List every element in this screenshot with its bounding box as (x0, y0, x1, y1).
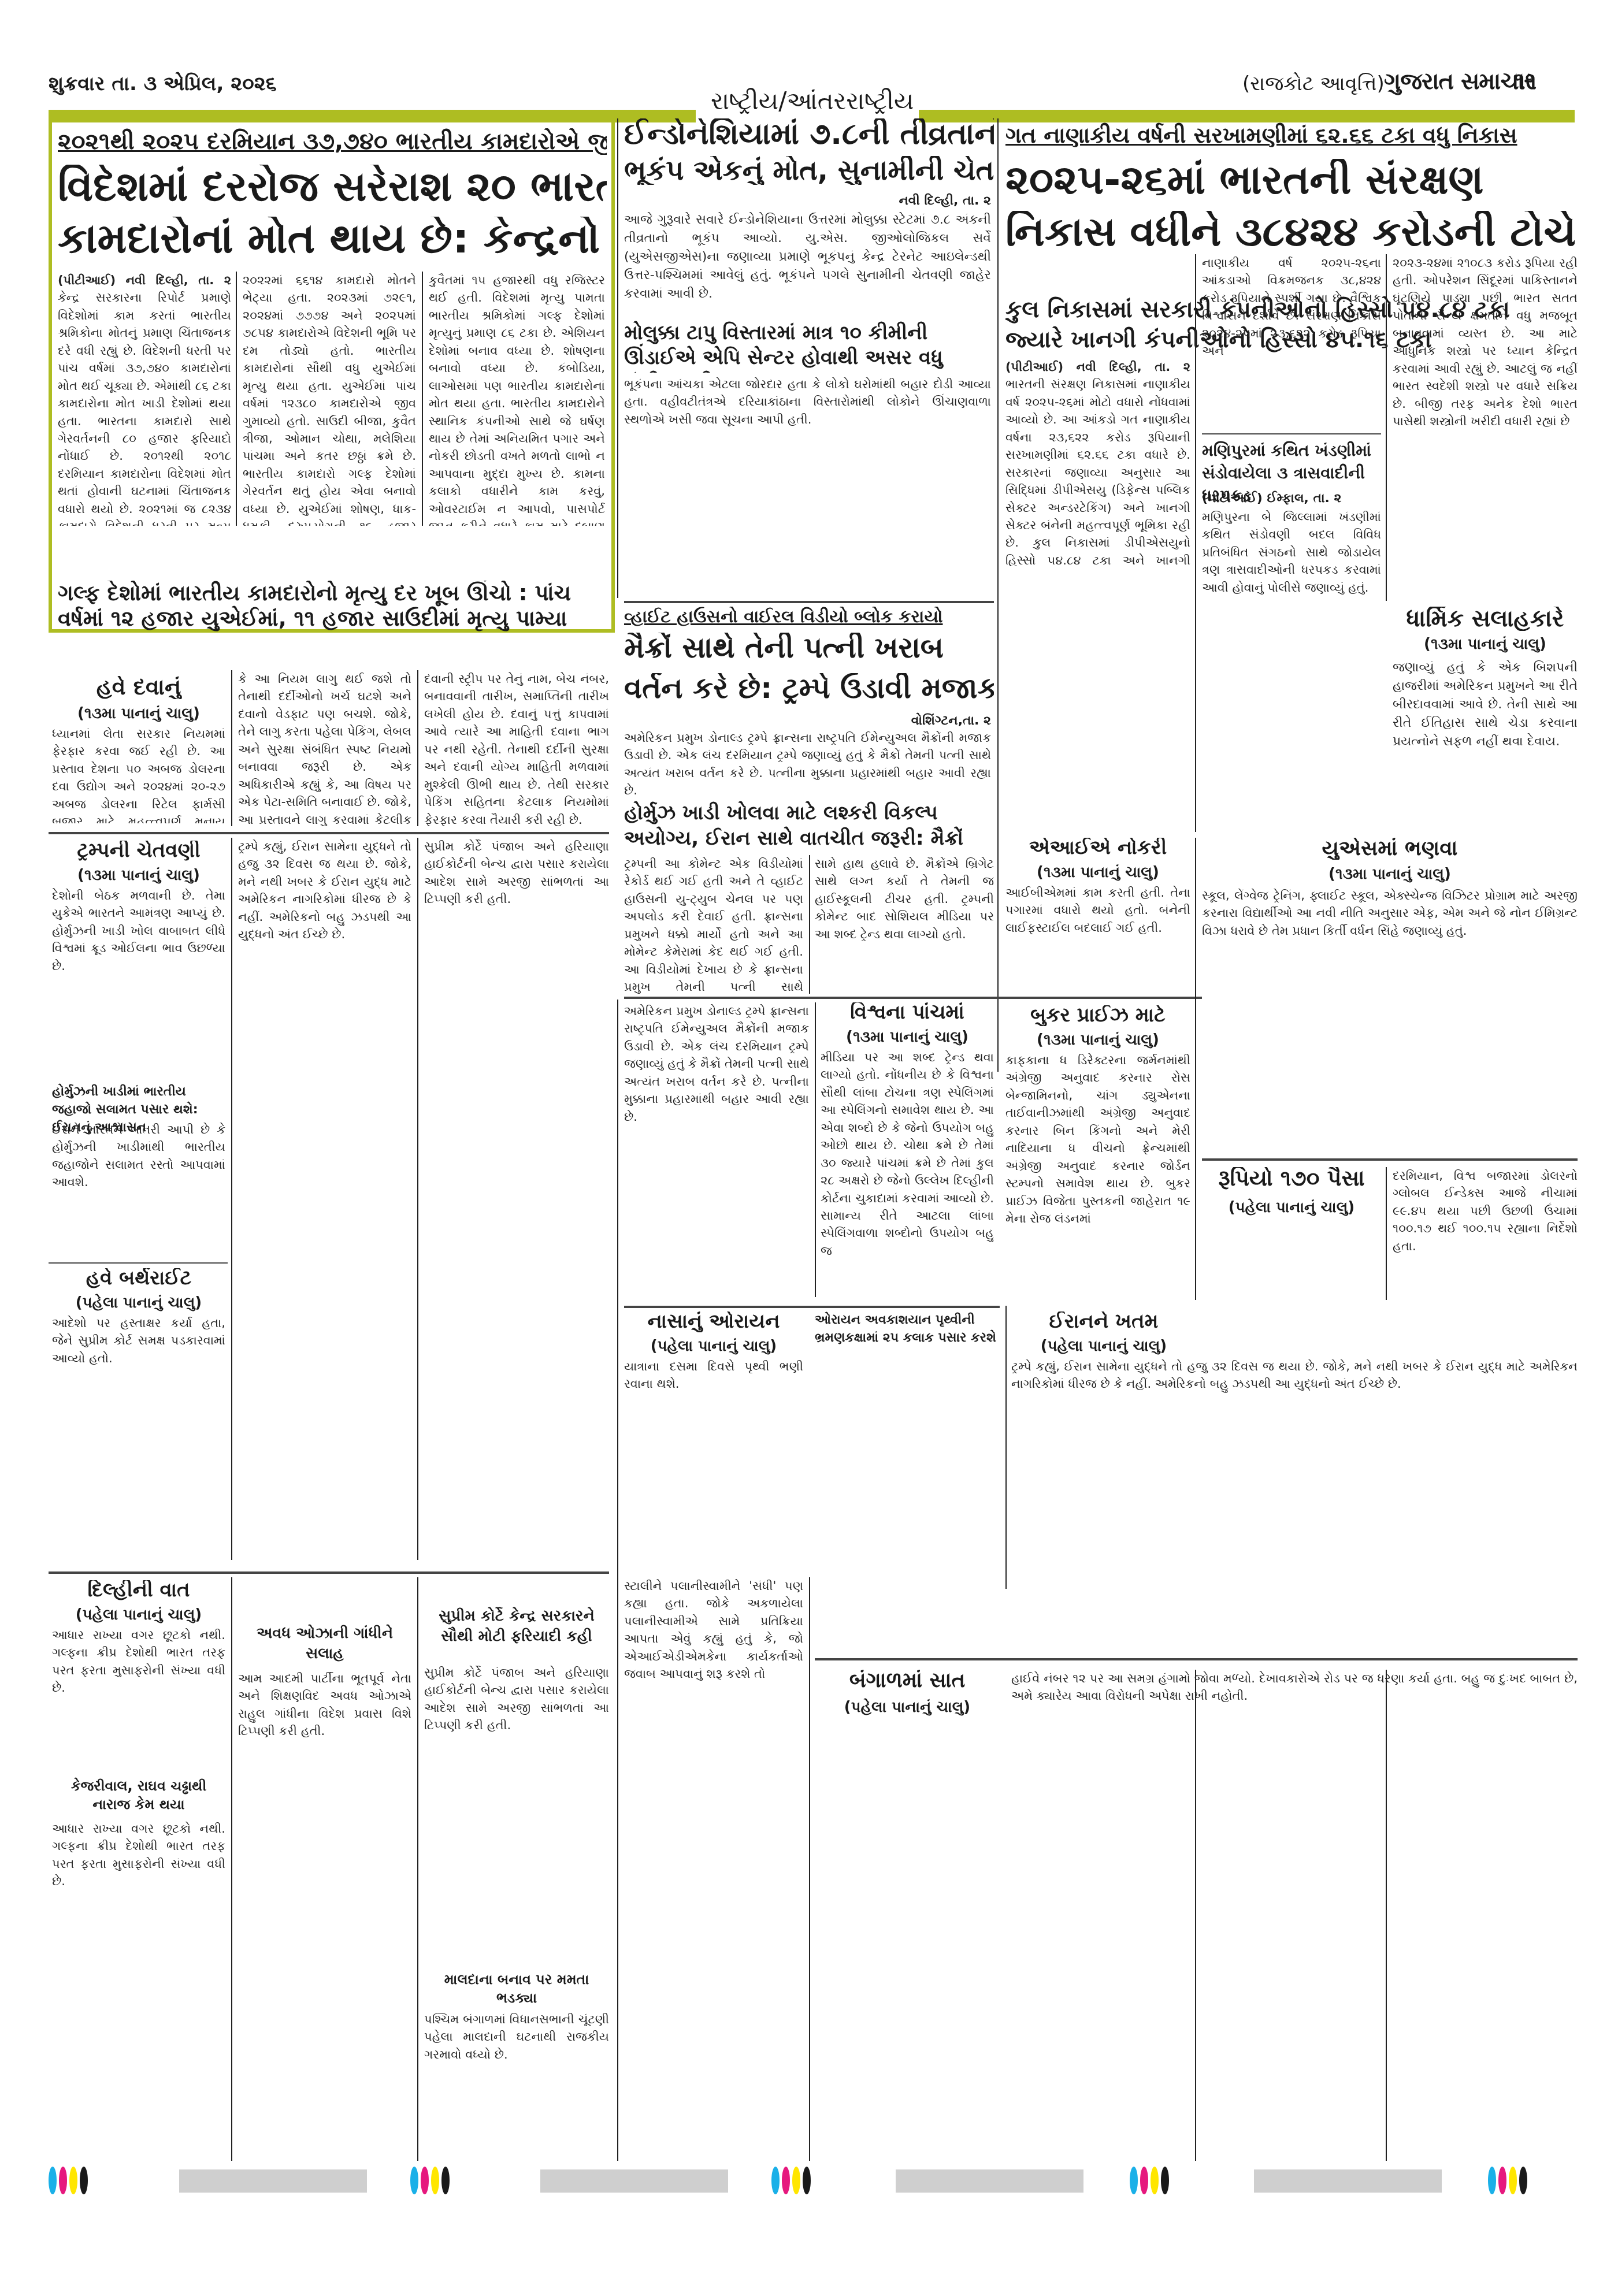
divider (231, 1577, 232, 2161)
yellow-dot (431, 2167, 439, 2194)
cyan-dot (771, 2167, 780, 2194)
divider (236, 272, 237, 526)
defence-kicker: ગત નાણાકીય વર્ષની સરખામણીમાં ૬૨.૬૬ ટકા વ… (1005, 122, 1575, 148)
stalin-body: સ્ટાલીને પલાનીસ્વામીને 'સંધી' પણ કહ્યા હ… (624, 1577, 803, 2161)
gray-strip (1254, 2169, 1442, 2193)
divider (1386, 1670, 1387, 2161)
divider (231, 838, 232, 1560)
divider (49, 1571, 609, 1574)
magenta-dot (1498, 2167, 1506, 2194)
magenta-dot (1140, 2167, 1148, 2194)
divider (1195, 1670, 1196, 2161)
hormuz-ships-body: ઈરાને ભારતને ખાતરી આપી છે કે હોર્મુઝની ખ… (52, 1121, 225, 1254)
macron-headline-2: વર્તન કરે છે: ટ્રમ્પે ઉડાવી મજાક (624, 673, 994, 704)
delhi-continued: (પહેલા પાનાનું ચાલુ) (52, 1606, 225, 1624)
divider (1386, 1167, 1387, 1300)
defence-col-2: નાણાકીય વર્ષ ૨૦૨૫-૨૬ના આંકડાઓ વિક્રમજનક … (1202, 254, 1381, 428)
divider (617, 1577, 618, 2161)
usa-study-headline: યુએસમાં ભણવા (1202, 838, 1578, 860)
nasa-headline: નાસાનું ઓરાયન (624, 1312, 803, 1332)
black-dot (803, 2167, 811, 2194)
divider (997, 118, 999, 1072)
divider (417, 1577, 418, 2161)
macron-subhead: હોર્મુઝ ખાડી ખોલવા માટે લશ્કરી વિકલ્પ અય… (624, 800, 994, 851)
supreme-court-body: સુપ્રીમ કોર્ટે પંજાબ અને હરિયાણા હાઈકોર્… (424, 1664, 609, 1964)
gandhi-headline: અવધ ઓઝાની ગાંધીને સલાહ (238, 1623, 411, 1664)
cyan-dot (49, 2167, 57, 2194)
magenta-dot (59, 2167, 67, 2194)
gray-strip (896, 2169, 1083, 2193)
divider (1005, 1306, 1007, 1589)
nasa-subhead: ઓરાયન અવકાશયાન પૃથ્વીની ભ્રમણકક્ષામાં ૨૫… (815, 1312, 1000, 1347)
nasa-continued: (પહેલા પાનાનું ચાલુ) (624, 1338, 803, 1355)
divider (49, 832, 609, 834)
supreme-court-headline: સુપ્રીમ કોર્ટે કેન્દ્ર સરકારને સૌથી મોટી… (424, 1606, 609, 1647)
bengal-continued: (પહેલા પાનાનું ચાલુ) (815, 1699, 1000, 1717)
divider (422, 272, 423, 526)
divider (624, 601, 994, 603)
divider (1195, 254, 1196, 832)
delhi-body-2: આધાર રાખ્યા વગર છૂટકો નથી. ગલ્ફના ક્રીપ્… (52, 1820, 225, 2161)
divider (1195, 838, 1196, 1300)
iran-end-headline: ઈરાનને ખતમ (1011, 1312, 1196, 1332)
yellow-dot (1151, 2167, 1159, 2194)
magenta-dot (782, 2167, 790, 2194)
booker-body: કાફકાના ધ ડિરેક્ટરના જર્મનમાંથી અંગ્રેજી… (1005, 1052, 1190, 1300)
gray-strip (179, 2169, 367, 2193)
medicine-headline: હવે દવાનું (52, 676, 225, 699)
black-dot (1519, 2167, 1527, 2194)
divider (624, 1306, 1000, 1308)
divider (617, 118, 618, 598)
nasa-body: યાત્રાના દસમા દિવસે પૃથ્વી ભણી રવાના થશે… (624, 1358, 803, 1566)
divider (417, 670, 418, 826)
registration-mark (771, 2167, 811, 2194)
ai-jobs-body: આઈબીએમમાં કામ કરતી હતી. તેના પગારમાં વધા… (1005, 884, 1190, 1000)
indonesia-body-2: ભૂકંપના આંચકા એટલા જોરદાર હતા કે લોકો ઘર… (624, 376, 991, 595)
registration-mark (1488, 2167, 1527, 2194)
defence-headline-2: નિકાસ વધીને ૩૮૪૨૪ કરોડની ટોચે (1005, 211, 1575, 254)
divider (815, 1658, 1578, 1660)
yellow-dot (792, 2167, 800, 2194)
medicine-col-3: દવાની સ્ટ્રીપ પર તેનું નામ, બેચ નંબર, બન… (424, 670, 609, 826)
indonesia-dateline: નવી દિલ્હી, તા. ૨ (624, 194, 991, 208)
rupee-continued: (પહેલા પાનાનું ચાલુ) (1202, 1199, 1381, 1217)
divider (809, 855, 810, 994)
page-number: ૧૧ (1514, 68, 1537, 95)
registration-mark (1130, 2167, 1169, 2194)
black-dot (80, 2167, 88, 2194)
birthright-body: આદેશો પર હસ્તાક્ષર કર્યા હતા, જેને સુપ્ર… (52, 1314, 225, 1557)
macron-body: અમેરિકન પ્રમુખ ડોનાલ્ડ ટ્રમ્પે ફ્રાન્સના… (624, 729, 991, 797)
defence-headline-1: ૨૦૨૫-૨૬માં ભારતની સંરક્ષણ (1005, 159, 1575, 202)
indonesia-headline-2: ભૂકંપ એકનું મોત, સુનામીની ચેતવણી (624, 156, 994, 185)
macron-col-1: ટ્રમ્પની આ કોમેન્ટ એક વિડીયોમાં રેકોર્ડ … (624, 855, 803, 994)
defence-col-1-text: ભારતની સંરક્ષણ નિકાસમાં નાણાકીય વર્ષ ૨૦૨… (1005, 377, 1190, 566)
iran-war-col: ટ્રમ્પે કહ્યું, ઈરાન સામેના યુદ્ધને તો હ… (238, 838, 411, 1560)
indonesia-subhead: મોલુક્કા ટાપુ વિસ્તારમાં માત્ર ૧૦ કીમીની… (624, 321, 991, 373)
medicine-col-1: ધ્યાનમાં લેતા સરકાર નિયમમાં ફેરફાર કરવા … (52, 725, 225, 823)
world-word-headline: વિશ્વના પાંચમાં (821, 1002, 994, 1023)
bengal-headline: બંગાળમાં સાત (815, 1670, 1000, 1692)
birthright-headline: હવે બર્થરાઈટ (52, 1268, 225, 1289)
workers-headline-2: કામદારોનાં મોત થાય છે: કેન્દ્રનો રિપોર્ટ (58, 217, 607, 261)
supreme-court-col: સુપ્રીમ કોર્ટે પંજાબ અને હરિયાણા હાઈકોર્… (424, 838, 609, 1560)
workers-col-1-text: કેન્દ્ર સરકારના રિપોર્ટ પ્રમાણે વિદેશોમા… (58, 291, 231, 526)
booker-continued: (૧૩મા પાનાનું ચાલુ) (1005, 1031, 1190, 1049)
world-word-continued: (૧૩મા પાનાનું ચાલુ) (821, 1028, 994, 1046)
defence-col-1: (પીટીઆઈ) નવી દિલ્હી, તા. ૨ ભારતની સંરક્ષ… (1005, 358, 1190, 566)
ai-jobs-headline: એઆઈએ નોકરી (1005, 838, 1190, 859)
trump-warning-continued: (૧૩મા પાનાનું ચાલુ) (52, 867, 225, 885)
divider (231, 670, 232, 826)
trump-warning-body: દેશોની બેઠક મળવાની છે. તેમા યુકેએ ભારતને… (52, 887, 225, 1078)
bengal-body: હાઈવે નંબર ૧૨ પર આ સમગ્ર હંગામો જોવા મળ્… (1011, 1670, 1578, 2161)
macron-continued-col: અમેરિકન પ્રમુખ ડોનાલ્ડ ટ્રમ્પે ફ્રાન્સના… (624, 1002, 809, 1297)
workers-dateline: (પીટીઆઈ) નવી દિલ્હી, તા. ૨ (58, 273, 231, 287)
trump-warning-headline: ટ્રમ્પની ચેતવણી (52, 841, 225, 861)
black-dot (1161, 2167, 1169, 2194)
workers-kicker: ૨૦૨૧થી ૨૦૨૫ દરમિયાન ૩૭,૭૪૦ ભારતીય કામદાર… (58, 128, 607, 155)
usa-study-continued: (૧૩મા પાનાનું ચાલુ) (1202, 865, 1578, 883)
gandhi-body: આમ આદમી પાર્ટીના ભૂતપૂર્વ નેતા અને શિક્ષ… (238, 1670, 411, 2161)
defence-col-3: ૨૦૨૩-૨૪માં ૨૧૦૮૩ કરોડ રૂપિયા રહી હતી. ઓપ… (1393, 254, 1578, 601)
yellow-dot (1509, 2167, 1517, 2194)
rupee-body: દરમિયાન, વિશ્વ બજારમાં ડોલરનો ગ્લોબલ ઈન્… (1393, 1167, 1578, 1300)
delhi-body: આધાર રાખ્યા વગર છૂટકો નથી. ગલ્ફના ક્રીપ્… (52, 1626, 225, 1771)
newspaper-logo: ગુજરાત સમાચાર (1384, 68, 1535, 95)
divider (49, 1262, 228, 1264)
manipur-body: મણિપુરના બે જિલ્લામાં ખંડણીમાં કથિત સંડો… (1202, 508, 1381, 618)
edition-label: (રાજકોટ આવૃત્તિ) (1242, 72, 1385, 95)
medicine-continued: (૧૩મા પાનાનું ચાલુ) (52, 705, 225, 723)
macron-col-2: સામે હાથ હલાવે છે. મૈક્રોંએ બ્રિગેટ સાથે… (815, 855, 994, 994)
divider (617, 1000, 618, 1577)
indonesia-headline-1: ઈન્ડોનેશિયામાં ૭.૮ની તીવ્રતાનો (624, 118, 994, 150)
workers-col-1: (પીટીઆઈ) નવી દિલ્હી, તા. ૨ કેન્દ્ર સરકાર… (58, 272, 231, 526)
religious-headline: ધાર્મિક સલાહકારે (1393, 607, 1578, 631)
cyan-dot (1488, 2167, 1496, 2194)
registration-mark (49, 2167, 88, 2194)
workers-col-2: ૨૦૨૨માં ૬૬૧૪ કામદારો મોતને ભેટ્યા હતા. ૨… (243, 272, 416, 526)
divider (1202, 1158, 1578, 1161)
workers-col-3: કુવૈતમાં ૧૫ હજારથી વધુ રજિસ્ટર થઈ હતી. વ… (429, 272, 605, 526)
masthead-bar-right (919, 110, 1575, 122)
workers-headline-1: વિદેશમાં દરરોજ સરેરાશ ૨૦ ભારતીય (58, 165, 607, 209)
ai-jobs-continued: (૧૩મા પાનાનું ચાલુ) (1005, 864, 1190, 882)
workers-subhead: ગલ્ફ દેશોમાં ભારતીય કામદારોનો મૃત્યુ દર … (58, 581, 607, 633)
page-date: શુક્રવાર તા. ૩ એપ્રિલ, ૨૦૨૬ (49, 72, 277, 95)
magenta-dot (421, 2167, 429, 2194)
macron-headline-1: મૈક્રોં સાથે તેની પત્ની ખરાબ (624, 633, 994, 663)
cyan-dot (410, 2167, 418, 2194)
world-word-body: મીડિયા પર આ શબ્દ ટ્રેન્ડ થવા લાગ્યો હતો.… (821, 1049, 994, 1297)
registration-mark (410, 2167, 450, 2194)
indonesia-body: આજે ગુરૂવારે સવારે ઈન્ડોનેશિયાના ઉત્તરમા… (624, 211, 991, 318)
black-dot (441, 2167, 450, 2194)
divider (1386, 254, 1387, 601)
medicine-col-2: કે આ નિયમ લાગુ થઈ જશે તો તેનાથી દર્દીઓનો… (238, 670, 411, 826)
cyan-dot (1130, 2167, 1138, 2194)
macron-kicker: વ્હાઈટ હાઉસનો વાઈરલ વિડીયો બ્લોક કરાયો (624, 607, 994, 627)
iran-end-continued: (પહેલા પાનાનું ચાલુ) (1011, 1338, 1196, 1355)
religious-body: જણાવ્યું હતું કે એક બિશપની હાજરીમાં અમેર… (1393, 659, 1578, 832)
manipur-dateline: (પીટીઆઈ) ઈમ્ફાલ, તા. ૨ (1202, 491, 1381, 506)
yellow-dot (69, 2167, 77, 2194)
section-title: રાષ્ટ્રીય/આંતરરાષ્ટ્રીય (711, 87, 914, 116)
divider (417, 838, 418, 1560)
divider (1202, 433, 1381, 434)
mamata-body: પશ્ચિમ બંગાળમાં વિધાનસભાની ચૂંટણી પહેલા … (424, 2011, 609, 2161)
usa-study-body: સ્કૂલ, લેંગ્વેજ ટ્રેનિંગ, ફ્લાઈટ સ્કૂલ, … (1202, 887, 1578, 1153)
macron-dateline: વોશિંગ્ટન,તા. ૨ (624, 714, 991, 728)
divider (809, 1577, 810, 2161)
birthright-continued: (પહેલા પાનાનું ચાલુ) (52, 1294, 225, 1312)
rupee-headline: રૂપિયો ૧૭૦ પૈસા (1202, 1167, 1381, 1190)
gray-strip (540, 2169, 728, 2193)
delhi-headline: દિલ્હીની વાત (52, 1580, 225, 1601)
religious-continued: (૧૩મા પાનાનું ચાલુ) (1393, 636, 1578, 653)
booker-headline: બુકર પ્રાઈઝ માટે (1005, 1005, 1190, 1026)
divider (815, 1002, 816, 1297)
defence-dateline: (પીટીઆઈ) નવી દિલ્હી, તા. ૨ (1005, 360, 1190, 374)
mamata-headline: માલદાના બનાવ પર મમતા ભડક્યા (424, 1970, 609, 2008)
iran-end-body: ટ્રમ્પે કહ્યું, ઈરાન સામેના યુદ્ધને તો હ… (1011, 1358, 1578, 1589)
delhi-subhead: કેજરીવાલ, રાઘવ ચઢ્ઢાથી નારાજ કેમ થયા (52, 1777, 225, 1814)
